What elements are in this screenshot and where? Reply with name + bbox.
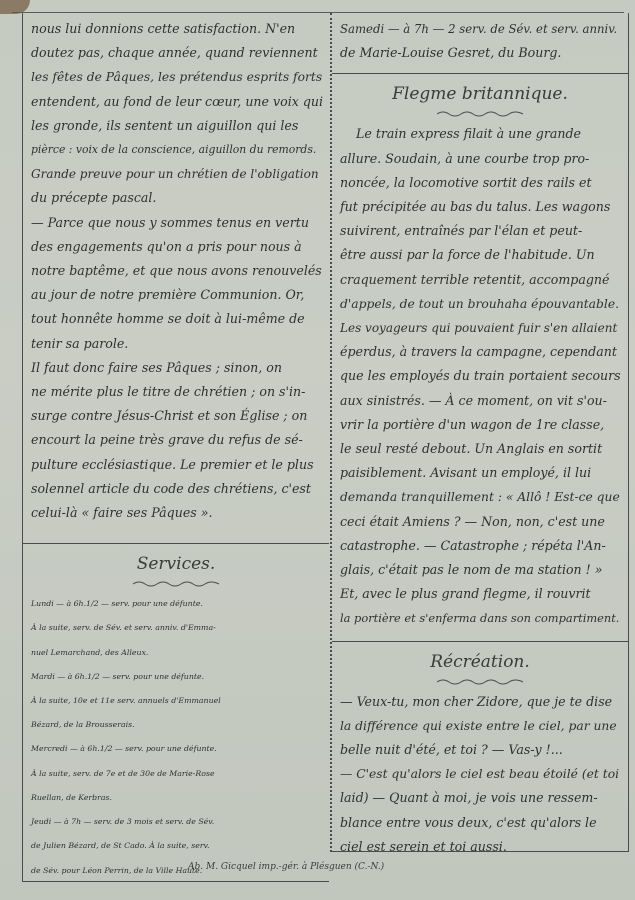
text-line: — Parce que nous y sommes tenus en vertu xyxy=(31,211,323,235)
section-divider xyxy=(23,543,329,544)
text-line: Il faut donc faire ses Pâques ; sinon, o… xyxy=(31,356,323,380)
text-line: Mardi — à 6h.1/2 — serv. pour une défunt… xyxy=(31,665,323,689)
text-line: Mercredi — à 6h.1/2 — serv. pour une déf… xyxy=(31,737,323,761)
service-entry-mardi: Mardi — à 6h.1/2 — serv. pour une défunt… xyxy=(31,665,323,738)
text-line: Grande preuve pour un chrétien de l'obli… xyxy=(31,162,323,186)
bulletin-page: nous lui donnions cette satisfaction. N'… xyxy=(0,0,635,900)
text-line: suivirent, entraînés par l'élan et peut- xyxy=(340,219,622,243)
text-line: notre baptême, et que nous avons renouve… xyxy=(31,259,323,283)
text-line: nuel Lemarchand, des Alleux. xyxy=(31,641,323,665)
text-line: solennel article du code des chrétiens, … xyxy=(31,477,323,501)
service-entry-lundi: Lundi — à 6h.1/2 — serv. pour une défunt… xyxy=(31,592,323,665)
text-line: être aussi par la force de l'habitude. U… xyxy=(340,243,622,267)
text-line: tout honnête homme se doit à lui-même de xyxy=(31,307,323,331)
flegme-story-text: Le train express filait à une grande all… xyxy=(332,122,628,630)
services-list: Lundi — à 6h.1/2 — serv. pour une défunt… xyxy=(23,592,329,882)
left-column: nous lui donnions cette satisfaction. N'… xyxy=(22,13,329,882)
squiggle-ornament-icon xyxy=(435,678,525,686)
paques-conclusion-paragraph: Il faut donc faire ses Pâques ; sinon, o… xyxy=(23,356,329,525)
text-line: craquement terrible retentit, accompagné xyxy=(340,268,622,292)
text-line: aux sinistrés. — À ce moment, on vit s'o… xyxy=(340,389,622,413)
service-entry-samedi: Samedi — à 7h — 2 serv. de Sév. et serv.… xyxy=(332,17,628,65)
text-line: — Veux-tu, mon cher Zidore, que je te di… xyxy=(340,690,622,714)
text-line: ciel est serein et toi aussi. xyxy=(340,835,622,852)
text-line: le seul resté debout. Un Anglais en sort… xyxy=(340,437,622,461)
text-line: allure. Soudain, à une courbe trop pro- xyxy=(340,147,622,171)
section-divider xyxy=(332,73,628,74)
squiggle-ornament-icon xyxy=(131,580,221,588)
service-entry-mercredi: Mercredi — à 6h.1/2 — serv. pour une déf… xyxy=(31,737,323,810)
printer-note: Ab. M. Gicquel imp.-gér. à Plésguen (C.-… xyxy=(188,862,384,872)
text-line: Lundi — à 6h.1/2 — serv. pour une défunt… xyxy=(31,592,323,616)
text-line: blance entre vous deux, c'est qu'alors l… xyxy=(340,811,622,835)
paques-intro-paragraph: nous lui donnions cette satisfaction. N'… xyxy=(23,17,329,211)
text-line: ceci était Amiens ? — Non, non, c'est un… xyxy=(340,510,622,534)
text-line: Et, avec le plus grand flegme, il rouvri… xyxy=(340,582,622,606)
text-line: au jour de notre première Communion. Or, xyxy=(31,283,323,307)
text-line: pulture ecclésiastique. Le premier et le… xyxy=(31,453,323,477)
page-frame: nous lui donnions cette satisfaction. N'… xyxy=(12,12,624,879)
text-line: laid) — Quant à moi, je vois une ressem- xyxy=(340,786,622,810)
text-line: d'appels, de tout un brouhaha épouvantab… xyxy=(340,292,622,316)
recreation-text: — Veux-tu, mon cher Zidore, que je te di… xyxy=(332,690,628,852)
text-line: belle nuit d'été, et toi ? — Vas-y !... xyxy=(340,738,622,762)
text-line: — C'est qu'alors le ciel est beau étoilé… xyxy=(340,762,622,786)
text-line: que les employés du train portaient seco… xyxy=(340,364,622,388)
text-line: demanda tranquillement : « Allô ! Est-ce… xyxy=(340,485,622,509)
text-line: des engagements qu'on a pris pour nous à xyxy=(31,235,323,259)
text-line: la différence qui existe entre le ciel, … xyxy=(340,714,622,738)
text-line: À la suite, 10e et 11e serv. annuels d'E… xyxy=(31,689,323,713)
text-line: pièrce : voix de la conscience, aiguillo… xyxy=(31,138,323,162)
text-line: Jeudi — à 7h — serv. de 3 mois et serv. … xyxy=(31,810,323,834)
text-line: doutez pas, chaque année, quand revienne… xyxy=(31,41,323,65)
text-line: de Julien Bézard, de St Cado. À la suite… xyxy=(31,834,323,858)
text-line: paisiblement. Avisant un employé, il lui xyxy=(340,461,622,485)
text-line: les fêtes de Pâques, les prétendus espri… xyxy=(31,65,323,89)
text-line: À la suite, serv. de 7e et de 30e de Mar… xyxy=(31,762,323,786)
text-line: de Marie-Louise Gesret, du Bourg. xyxy=(340,41,622,65)
text-line: Les voyageurs qui pouvaient fuir s'en al… xyxy=(340,316,622,340)
text-line: ne mérite plus le titre de chrétien ; on… xyxy=(31,380,323,404)
squiggle-ornament-icon xyxy=(435,110,525,118)
section-divider xyxy=(332,641,628,642)
text-line: Bézard, de la Brousserais. xyxy=(31,713,323,737)
text-line: tenir sa parole. xyxy=(31,332,323,356)
text-line: À la suite, serv. de Sév. et serv. anniv… xyxy=(31,616,323,640)
text-line: noncée, la locomotive sortit des rails e… xyxy=(340,171,622,195)
text-line: glais, c'était pas le nom de ma station … xyxy=(340,558,622,582)
flegme-heading: Flegme britannique. xyxy=(332,80,628,108)
right-column: Samedi — à 7h — 2 serv. de Sév. et serv.… xyxy=(330,13,629,852)
text-line: la portière et s'enferma dans son compar… xyxy=(340,606,622,630)
text-line: encourt la peine très grave du refus de … xyxy=(31,428,323,452)
text-line: catastrophe. — Catastrophe ; répéta l'An… xyxy=(340,534,622,558)
text-line: Samedi — à 7h — 2 serv. de Sév. et serv.… xyxy=(340,17,622,41)
text-line: Le train express filait à une grande xyxy=(340,122,622,146)
paques-reason-paragraph: — Parce que nous y sommes tenus en vertu… xyxy=(23,211,329,356)
text-line: celui-là « faire ses Pâques ». xyxy=(31,501,323,525)
text-line: vrir la portière d'un wagon de 1re class… xyxy=(340,413,622,437)
recreation-heading: Récréation. xyxy=(332,648,628,676)
text-line: surge contre Jésus-Christ et son Église … xyxy=(31,404,323,428)
text-line: entendent, au fond de leur cœur, une voi… xyxy=(31,90,323,114)
text-line: fut précipitée au bas du talus. Les wago… xyxy=(340,195,622,219)
services-heading: Services. xyxy=(23,550,329,578)
text-line: les gronde, ils sentent un aiguillon qui… xyxy=(31,114,323,138)
text-line: Ruellan, de Kerbras. xyxy=(31,786,323,810)
text-line: du précepte pascal. xyxy=(31,186,323,210)
text-line: éperdus, à travers la campagne, cependan… xyxy=(340,340,622,364)
text-line: nous lui donnions cette satisfaction. N'… xyxy=(31,17,323,41)
